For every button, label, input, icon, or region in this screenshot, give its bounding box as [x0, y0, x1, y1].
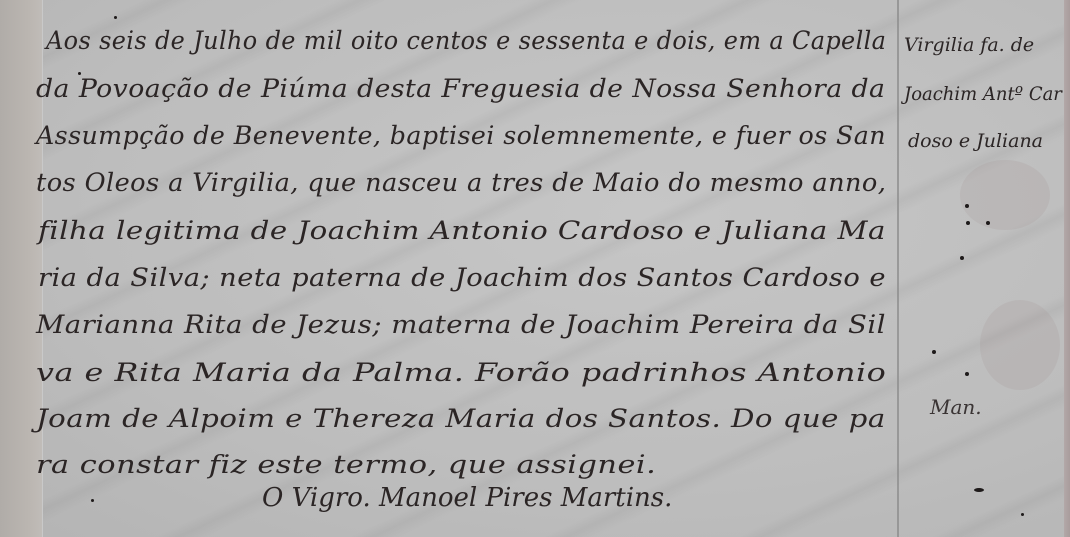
- paper-stain: [980, 300, 1060, 390]
- manuscript-page: Aos seis de Julho de mil oito centos e s…: [0, 0, 1070, 537]
- ink-spot: [960, 256, 964, 260]
- ink-spot: [932, 350, 936, 354]
- record-line-2: da Povoação de Piúma desta Freguesia de …: [36, 74, 885, 103]
- margin-line-1: Virgilia fa. de: [904, 34, 1034, 56]
- record-line-3: Assumpção de Benevente, baptisei solemne…: [36, 121, 886, 150]
- margin-line-3: doso e Juliana: [908, 130, 1043, 152]
- paper-stain: [960, 160, 1050, 230]
- record-line-9: Joam de Alpoim e Thereza Maria dos Santo…: [36, 404, 886, 433]
- ink-spot: [986, 221, 990, 225]
- ink-spot: [1021, 513, 1024, 516]
- margin-column-divider: [897, 0, 899, 537]
- page-right-edge: [1064, 0, 1070, 537]
- ink-spot: [965, 372, 969, 376]
- record-line-8: va e Rita Maria da Palma. Forão padrinho…: [36, 358, 886, 387]
- record-line-4: tos Oleos a Virgilia, que nasceu a tres …: [36, 168, 886, 197]
- record-line-7: Marianna Rita de Jezus; materna de Joach…: [36, 310, 886, 339]
- margin-initials: Man.: [930, 395, 982, 419]
- ink-spot: [114, 16, 117, 19]
- record-line-1: Aos seis de Julho de mil oito centos e s…: [46, 26, 886, 55]
- ink-spot: [91, 499, 94, 502]
- record-line-5: filha legitima de Joachim Antonio Cardos…: [38, 216, 886, 245]
- margin-line-2: Joachim Antº Car: [904, 83, 1062, 105]
- record-line-10: ra constar fiz este termo, que assignei.: [36, 450, 656, 479]
- priest-signature: O Vigro. Manoel Pires Martins.: [262, 483, 672, 513]
- ink-spot: [965, 204, 969, 208]
- ink-spot: [78, 72, 81, 75]
- ink-spot: [974, 488, 984, 492]
- record-line-6: ria da Silva; neta paterna de Joachim do…: [38, 263, 886, 292]
- ink-spot: [966, 221, 970, 225]
